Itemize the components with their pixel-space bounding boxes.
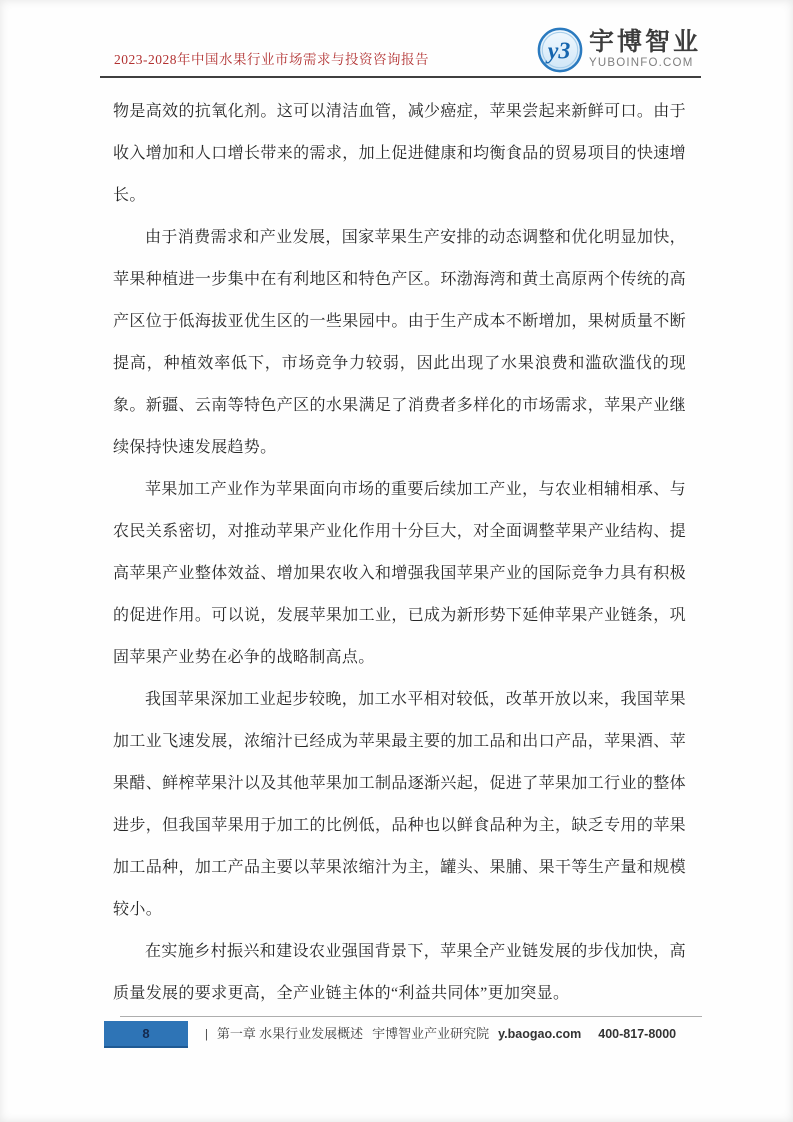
footer-divider: [120, 1016, 702, 1017]
logo-text: 宇博智业 YUBOINFO.COM: [589, 30, 701, 70]
logo-domain: YUBOINFO.COM: [589, 58, 701, 70]
page-footer: 8 | 第一章 水果行业发展概述 宇博智业产业研究院 y.baogao.com …: [0, 1014, 793, 1054]
header-divider: [100, 76, 701, 78]
paragraph: 我国苹果深加工业起步较晚，加工水平相对较低，改革开放以来，我国苹果加工业飞速发展…: [113, 679, 686, 931]
logo-company-name: 宇博智业: [589, 30, 701, 55]
company-logo: y3 宇博智业 YUBOINFO.COM: [537, 27, 701, 73]
paragraph: 由于消费需求和产业发展，国家苹果生产安排的动态调整和优化明显加快，苹果种植进一步…: [113, 217, 686, 469]
footer-institute: 宇博智业产业研究院: [372, 1023, 489, 1042]
paragraph: 物是高效的抗氧化剂。这可以清洁血管，减少癌症，苹果尝起来新鲜可口。由于收入增加和…: [113, 91, 686, 217]
footer-meta: | 第一章 水果行业发展概述 宇博智业产业研究院 y.baogao.com 40…: [205, 1023, 676, 1042]
page-header: 2023-2028年中国水果行业市场需求与投资咨询报告 y3 宇博智业 YUBO…: [100, 0, 701, 78]
paragraph: 在实施乡村振兴和建设农业强国背景下，苹果全产业链发展的步伐加快，高质量发展的要求…: [113, 931, 686, 1015]
page-number-badge: 8: [104, 1021, 188, 1048]
paragraph: 苹果加工产业作为苹果面向市场的重要后续加工产业，与农业相辅相承、与农民关系密切，…: [113, 469, 686, 679]
yubo-monogram-icon: y3: [537, 27, 583, 73]
report-title: 2023-2028年中国水果行业市场需求与投资咨询报告: [114, 48, 429, 68]
footer-website-link[interactable]: y.baogao.com: [498, 1027, 581, 1041]
document-page: 2023-2028年中国水果行业市场需求与投资咨询报告 y3 宇博智业 YUBO…: [0, 0, 793, 1122]
document-body: 物是高效的抗氧化剂。这可以清洁血管，减少癌症，苹果尝起来新鲜可口。由于收入增加和…: [113, 91, 686, 1015]
footer-phone: 400-817-8000: [598, 1027, 676, 1041]
footer-chapter: 第一章 水果行业发展概述: [217, 1023, 363, 1042]
page-number: 8: [142, 1026, 149, 1041]
footer-separator: |: [205, 1026, 208, 1042]
svg-text:y3: y3: [545, 39, 571, 65]
